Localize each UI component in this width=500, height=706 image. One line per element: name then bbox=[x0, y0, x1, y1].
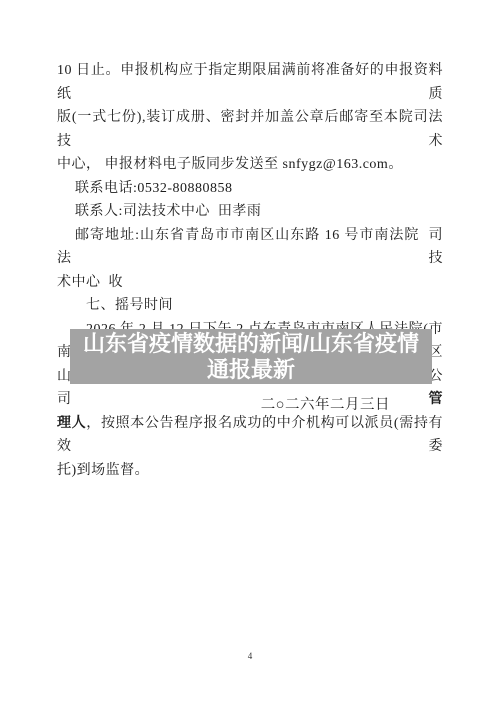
document-body: 10 日止。申报机构应于指定期限届满前将准备好的申报资料纸质 版(一式七份),装… bbox=[57, 59, 443, 482]
mailing-address-line2: 术中心 收 bbox=[57, 271, 443, 295]
paragraph1-line2: 版(一式七份),装订成册、密封并加盖公章后邮寄至本院司法技术 bbox=[57, 106, 443, 153]
page-number: 4 bbox=[0, 651, 500, 661]
section7-line3-text: ，按照本公告程序报名成功的中介机构可以派员(需持有效委 bbox=[57, 416, 443, 455]
mailing-address-line1: 邮寄地址:山东省青岛市市南区山东路 16 号市南法院 司法技 bbox=[57, 224, 443, 271]
section7-line2-bold-text: 管 bbox=[429, 392, 444, 407]
document-page: 10 日止。申报机构应于指定期限届满前将准备好的申报资料纸质 版(一式七份),装… bbox=[0, 0, 500, 706]
overlay-banner[interactable]: 山东省疫情数据的新闻/山东省疫情通报最新 bbox=[70, 329, 432, 384]
contact-phone-line: 联系电话:0532-80880858 bbox=[57, 177, 443, 201]
section7-line3: 理人，按照本公告程序报名成功的中介机构可以派员(需持有效委 bbox=[57, 412, 443, 459]
section7-heading: 七、摇号时间 bbox=[57, 294, 443, 318]
document-date: 二○二六年二月三日 bbox=[261, 393, 390, 414]
paragraph1-line1: 10 日止。申报机构应于指定期限届满前将准备好的申报资料纸质 bbox=[57, 59, 443, 106]
section7-line4: 托)到场监督。 bbox=[57, 459, 443, 483]
overlay-banner-title: 山东省疫情数据的新闻/山东省疫情通报最新 bbox=[76, 331, 426, 383]
paragraph1-line3: 中心， 申报材料电子版同步发送至 snfygz@163.com。 bbox=[57, 153, 443, 177]
section7-line3-bold-text: 理人 bbox=[57, 416, 86, 431]
contact-person-line: 联系人:司法技术中心 田孝雨 bbox=[57, 200, 443, 224]
